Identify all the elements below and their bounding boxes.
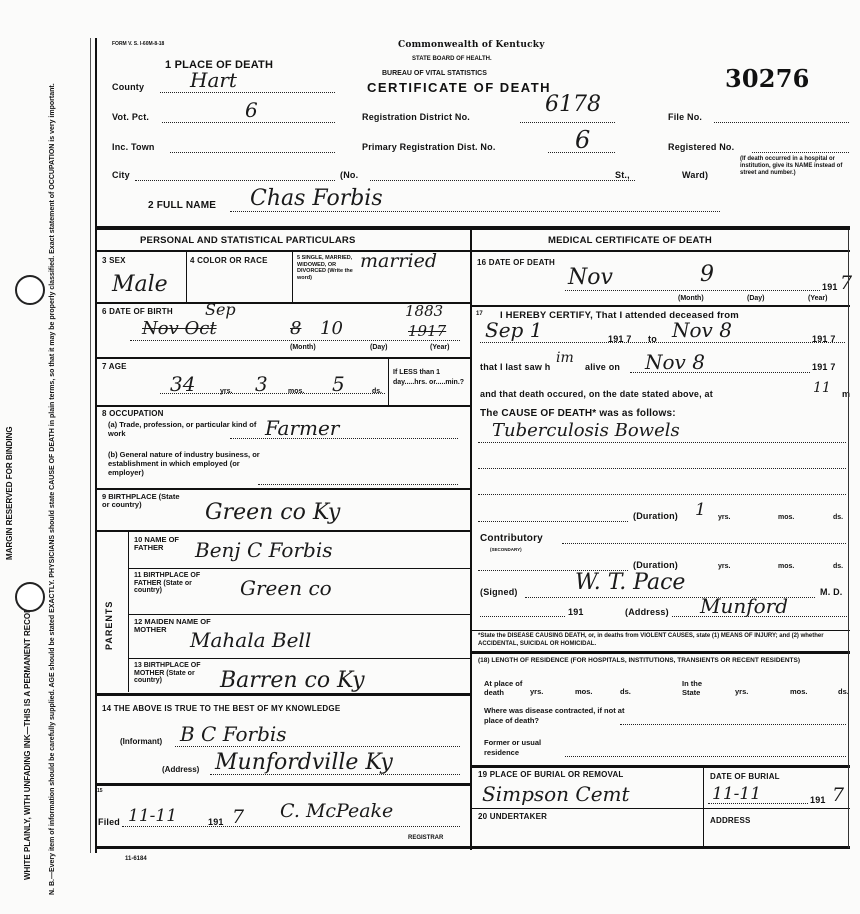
contrib-yrs-unit: yrs. xyxy=(718,563,730,571)
death-certificate: MARGIN RESERVED FOR BINDING WHITE PLAINL… xyxy=(0,0,860,914)
number-label: (No. xyxy=(340,170,358,180)
attended-to-year: 191 7 xyxy=(812,334,836,344)
registered-no-label: Registered No. xyxy=(668,142,734,152)
physician-signature: W. T. Pace xyxy=(575,570,685,595)
father-name-label: 10 NAME OF FATHER xyxy=(134,536,194,552)
secondary-label: (SECONDARY) xyxy=(490,546,522,554)
death-year-suffix: 7 xyxy=(840,272,852,294)
marital-value: married xyxy=(360,250,437,272)
inc-town-label: Inc. Town xyxy=(112,142,155,152)
commonwealth-title: Commonwealth of Kentucky xyxy=(398,40,545,50)
father-birthplace-value: Green co xyxy=(240,576,332,600)
binding-hole-bottom xyxy=(15,582,45,612)
full-name-value: Chas Forbis xyxy=(250,186,383,211)
county-value: Hart xyxy=(190,68,237,92)
death-time: 11 xyxy=(813,380,831,396)
days-unit: ds. xyxy=(372,388,382,396)
in-state-yrs: yrs. xyxy=(735,688,748,696)
medical-heading: MEDICAL CERTIFICATE OF DEATH xyxy=(548,235,712,246)
burial-place-value: Simpson Cemt xyxy=(482,782,630,806)
dob-day-struck: 8 xyxy=(290,318,301,339)
age-years: 34 xyxy=(170,372,195,396)
city-label: City xyxy=(112,170,130,180)
attended-from-year: 191 7 xyxy=(608,334,632,344)
full-name-label: 2 FULL NAME xyxy=(148,200,216,211)
sex-label: 3 SEX xyxy=(102,256,126,265)
less-than-day-label: If LESS than 1 day.....hrs. or.....min.? xyxy=(393,368,468,388)
margin-reserved-text: MARGIN RESERVED FOR BINDING xyxy=(6,426,14,560)
file-no-label: File No. xyxy=(668,112,702,122)
father-birthplace-label: 11 BIRTHPLACE OF FATHER (State or countr… xyxy=(134,572,204,595)
contrib-ds-unit: ds. xyxy=(833,563,843,571)
months-unit: mos. xyxy=(288,388,304,396)
true-statement: 14 THE ABOVE IS TRUE TO THE BEST OF MY K… xyxy=(102,704,340,713)
dob-label: 6 DATE OF BIRTH xyxy=(102,307,173,316)
occupation-label: 8 OCCUPATION xyxy=(102,409,164,418)
certify-number: 17 xyxy=(476,310,483,318)
date-of-death-label: 16 DATE OF DEATH xyxy=(477,258,555,267)
death-month-caption: (Month) xyxy=(678,295,704,303)
vot-pct-label: Vot. Pct. xyxy=(112,112,149,122)
registrar-signature: C. McPeake xyxy=(280,800,393,822)
margin-binding-note: WHITE PLAINLY, WITH UNFADING INK—THIS IS… xyxy=(24,601,32,880)
duration-mos-unit: mos. xyxy=(778,514,794,522)
occupation-a-label: (a) Trade, profession, or particular kin… xyxy=(108,420,268,438)
alive-on-label: alive on xyxy=(585,362,620,372)
street-label: St., xyxy=(615,170,630,180)
age-days: 5 xyxy=(332,372,345,396)
death-year-caption: (Year) xyxy=(808,295,827,303)
filed-label: Filed xyxy=(98,817,120,827)
dob-year-struck: 1917 xyxy=(408,322,446,340)
burial-year-prefix: 191 xyxy=(810,795,826,805)
mother-birthplace-value: Barren co Ky xyxy=(220,668,365,693)
filed-number: 15 xyxy=(97,787,103,795)
to-label: to xyxy=(648,334,657,344)
primary-registration-value: 6 xyxy=(575,126,590,154)
undertaker-label: 20 UNDERTAKER xyxy=(478,812,547,821)
age-label: 7 AGE xyxy=(102,362,127,371)
at-place-label: At place of death xyxy=(484,679,529,697)
vot-pct-value: 6 xyxy=(245,98,258,122)
contrib-mos-unit: mos. xyxy=(778,563,794,571)
state-board: STATE BOARD OF HEALTH. xyxy=(412,55,492,63)
length-of-residence-label: (18) LENGTH OF RESIDENCE (FOR HOSPITALS,… xyxy=(478,657,848,665)
personal-heading: PERSONAL AND STATISTICAL PARTICULARS xyxy=(140,235,356,246)
cause-of-death-label: The CAUSE OF DEATH* was as follows: xyxy=(480,408,676,419)
attended-from: Sep 1 xyxy=(485,318,542,342)
at-place-yrs: yrs. xyxy=(530,688,543,696)
last-saw-label: that I last saw h xyxy=(480,362,550,372)
dob-day-value: 10 xyxy=(320,318,343,339)
at-place-mos: mos. xyxy=(575,688,593,696)
last-saw-gender: im xyxy=(556,350,574,366)
contributory-label: Contributory xyxy=(480,533,543,544)
mother-birthplace-label: 13 BIRTHPLACE OF MOTHER (State or countr… xyxy=(134,662,204,685)
contrib-duration-label: (Duration) xyxy=(633,560,678,570)
occupation-b-label: (b) General nature of industry business,… xyxy=(108,450,273,477)
cause-of-death-value: Tuberculosis Bowels xyxy=(492,420,680,441)
filed-date: 11-11 xyxy=(128,806,177,826)
informant-address-value: Munfordville Ky xyxy=(215,750,393,775)
form-number: FORM V. S. I-60M-8-18 xyxy=(112,40,164,48)
margin-instructions: N. B.—Every item of information should b… xyxy=(48,55,57,895)
mother-maiden-name-value: Mahala Bell xyxy=(190,628,311,652)
race-label: 4 COLOR OR RACE xyxy=(190,256,268,265)
hospital-note: (If death occurred in a hospital or inst… xyxy=(740,156,850,177)
last-saw-year: 191 7 xyxy=(812,362,836,372)
father-name-value: Benj C Forbis xyxy=(195,538,332,562)
burial-year-suffix: 7 xyxy=(832,784,844,806)
age-months: 3 xyxy=(255,372,268,396)
dob-month-value: Sep xyxy=(205,300,236,319)
dob-year-value: 1883 xyxy=(405,302,443,320)
dob-month-struck: Nov Oct xyxy=(142,318,217,339)
bureau: BUREAU OF VITAL STATISTICS xyxy=(382,70,487,78)
md-label: M. D. xyxy=(820,587,843,597)
physician-address-label: (Address) xyxy=(625,607,669,617)
years-unit: yrs. xyxy=(220,388,232,396)
death-day: 9 xyxy=(700,262,714,287)
death-day-caption: (Day) xyxy=(747,295,765,303)
birthplace-value: Green co Ky xyxy=(205,500,340,525)
signed-year-prefix: 191 xyxy=(568,607,584,617)
day-caption: (Day) xyxy=(370,344,388,352)
birthplace-label: 9 BIRTHPLACE (State or country) xyxy=(102,493,182,509)
burial-date-value: 11-11 xyxy=(712,784,761,804)
year-caption: (Year) xyxy=(430,344,449,352)
physician-address-value: Munford xyxy=(700,594,788,618)
registration-district-label: Registration District No. xyxy=(362,112,470,122)
death-month: Nov xyxy=(568,265,613,290)
last-saw-date: Nov 8 xyxy=(645,350,705,374)
burial-date-label: DATE OF BURIAL xyxy=(710,772,780,781)
death-year-prefix: 191 xyxy=(822,282,838,292)
duration-years: 1 xyxy=(695,500,706,520)
signed-label: (Signed) xyxy=(480,587,518,597)
parents-label: PARENTS xyxy=(104,601,114,650)
informant-label: (Informant) xyxy=(120,738,162,746)
certificate-title: CERTIFICATE OF DEATH xyxy=(367,80,551,95)
month-caption: (Month) xyxy=(290,344,316,352)
in-state-label: In the State xyxy=(682,679,712,697)
binding-hole-top xyxy=(15,275,45,305)
filed-year-suffix: 7 xyxy=(232,806,244,828)
certificate-number: 30276 xyxy=(725,64,810,93)
form-code: 11-6184 xyxy=(125,855,147,863)
registration-district-value: 6178 xyxy=(545,92,601,117)
cause-footnote: *State the DISEASE CAUSING DEATH, or, in… xyxy=(478,633,848,648)
attended-to: Nov 8 xyxy=(672,318,732,342)
death-occured-label: and that death occured, on the date stat… xyxy=(480,389,713,399)
at-place-ds: ds. xyxy=(620,688,631,696)
duration-ds-unit: ds. xyxy=(833,514,843,522)
contracted-label: Where was disease contracted, if not at … xyxy=(484,706,644,726)
duration-label: (Duration) xyxy=(633,511,678,521)
sex-value: Male xyxy=(112,272,168,297)
burial-place-label: 19 PLACE OF BURIAL OR REMOVAL xyxy=(478,770,624,779)
in-state-mos: mos. xyxy=(790,688,808,696)
county-label: County xyxy=(112,82,144,92)
filed-year-prefix: 191 xyxy=(208,817,224,827)
occupation-a-value: Farmer xyxy=(265,416,339,440)
informant-address-label: (Address) xyxy=(162,766,199,774)
registrar-label: REGISTRAR xyxy=(408,834,443,842)
primary-registration-label: Primary Registration Dist. No. xyxy=(362,142,496,152)
undertaker-address-label: ADDRESS xyxy=(710,816,751,825)
ward-label: Ward) xyxy=(682,170,708,180)
informant-value: B C Forbis xyxy=(180,722,287,746)
duration-yrs-unit: yrs. xyxy=(718,514,730,522)
former-residence-label: Former or usual residence xyxy=(484,738,544,758)
marital-label: 5 SINGLE, MARRIED, WIDOWED, OR DIVORCED … xyxy=(297,255,355,281)
